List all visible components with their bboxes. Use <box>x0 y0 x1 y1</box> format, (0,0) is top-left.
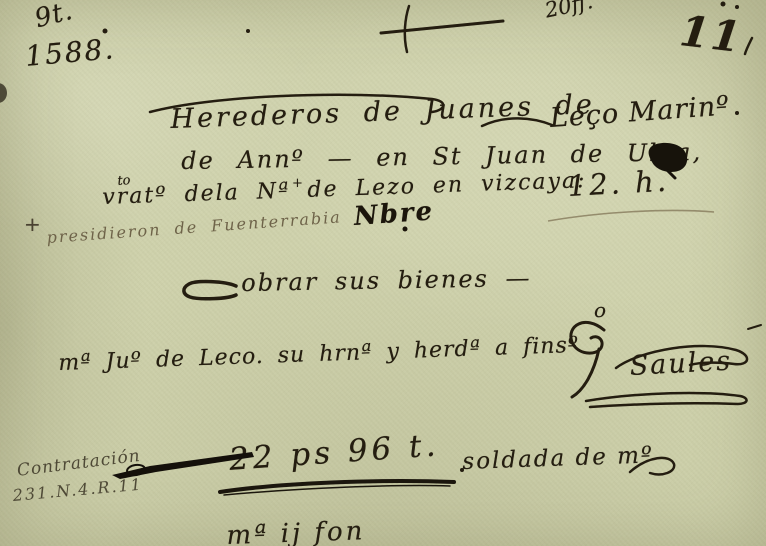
margin-note-fuenterrabia: presidieron de Fuenterrabia <box>46 208 342 246</box>
folio-tick-mark <box>745 38 752 54</box>
superscript-mark: to <box>117 174 131 189</box>
ink-dot <box>735 111 739 115</box>
top-cross-mark <box>381 21 503 33</box>
amount-pesos: 22 ps 96 t. <box>228 428 440 477</box>
fee-note-annotation: 20ff. <box>543 0 595 23</box>
heading-herederos: Herederos de Juanes de <box>170 90 595 134</box>
fee-amount: 12. h. <box>567 166 670 203</box>
small-o-mark: o <box>594 299 606 321</box>
ink-blot-tail <box>668 171 675 178</box>
manuscript-page: 9t. 1588. 20ff. 11 Herederos de Juanes d… <box>0 0 766 546</box>
ink-dot <box>735 5 739 9</box>
faint-underline <box>548 210 714 221</box>
lezo-superscript-mark: + <box>292 177 303 191</box>
line-soldada: soldada de mº <box>462 443 654 475</box>
ink-dot <box>246 29 250 33</box>
ink-dot <box>721 2 726 7</box>
top-cross-mark <box>405 6 409 52</box>
margin-dash <box>748 325 761 329</box>
dark-note: Nbre <box>353 197 435 231</box>
line-cobrar-bienes: obrar sus bienes — <box>241 265 532 296</box>
archive-stamp-code: 231.N.4.R.11 <box>12 476 143 505</box>
amount-underline <box>220 481 454 492</box>
official-signature: Saules <box>629 347 733 382</box>
line-beneficiary: mª Juº de Leco. su hrnª y herdª a finsº <box>58 334 580 376</box>
line-origin: vratº dela Nª de Lezo en vizcaya: <box>102 169 587 210</box>
signature-underline <box>586 393 747 407</box>
paraph-mark: 9t. <box>32 0 76 34</box>
year-annotation: 1588. <box>24 34 117 73</box>
edge-speck <box>0 83 7 103</box>
margin-cross-mark: + <box>24 213 41 235</box>
cut-off-bottom-line: mª ij fon <box>226 517 366 546</box>
amount-underline <box>224 485 450 495</box>
c-bracket-flourish <box>184 282 236 299</box>
folio-number: 11 <box>677 8 745 61</box>
